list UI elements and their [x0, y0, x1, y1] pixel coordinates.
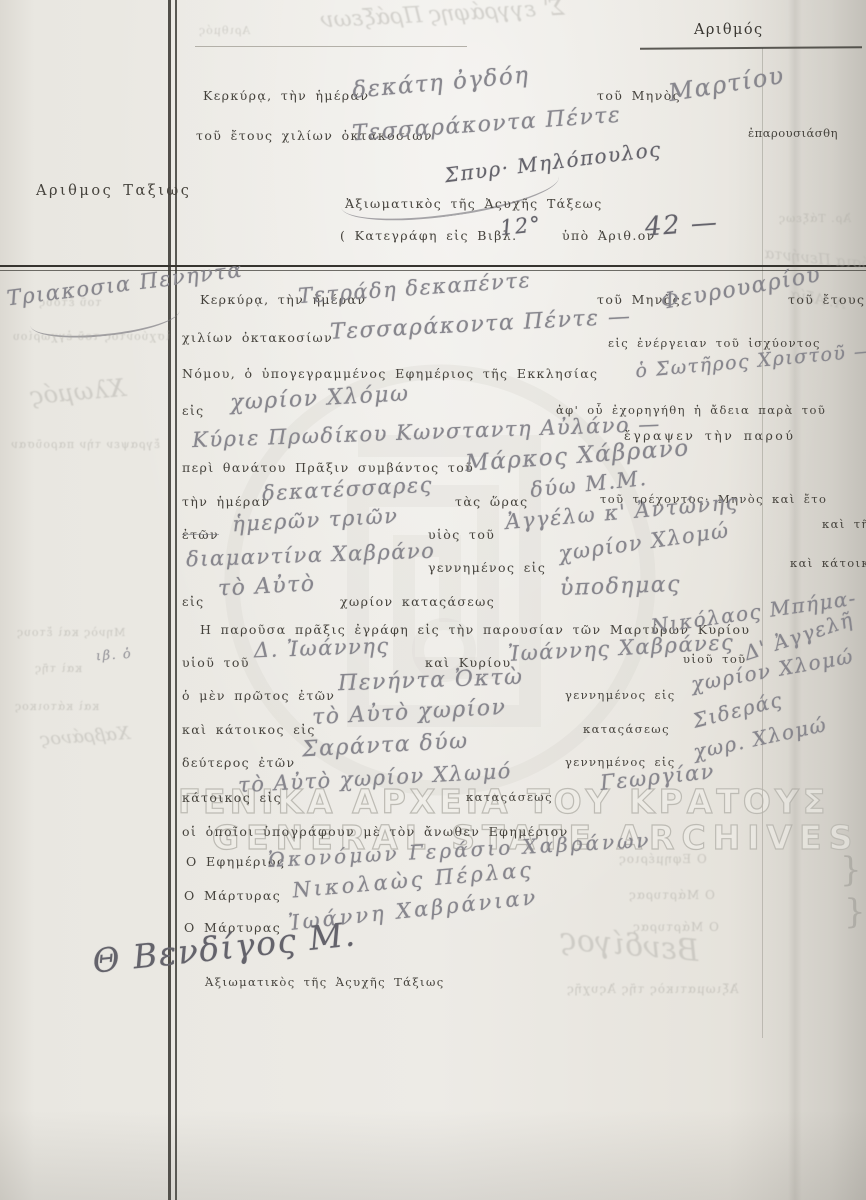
bleed-left-2: ἰσχύοντος τοῦ ἐγχωρίου: [12, 330, 170, 343]
bleed-brace-2: }: [844, 892, 866, 932]
body-year-label: τοῦ ἔτους: [788, 292, 865, 307]
bleed-left-7: καὶ κάτοικος: [14, 700, 99, 713]
header-officer-title: Ἀξιωματικὸς τῆς Ἀςυχῆς Τάξεως: [345, 196, 603, 211]
body-village-status-label: χωρίον καταςάσεως: [340, 594, 495, 609]
body-second-witness-age-label: δεύτερος ἐτῶν: [182, 755, 295, 770]
top-right-number-line: [640, 46, 862, 49]
header-place: Κερκύρᾳ, τὴν ἡμέραν: [203, 88, 369, 103]
header-month-value: Μαρτίου: [667, 61, 787, 107]
body-son-of-label-1: υἱοῦ τοῦ: [182, 655, 250, 670]
document-page: ΓΕΝΙΚΑ ΑΡΧΕΙΑ ΤΟΥ ΚΡΑΤΟΥΣ GENERAL STATE …: [0, 0, 866, 1200]
body-status-label-2: καταςάσεως: [466, 790, 553, 804]
bleed-right-officer-title: Ἀξιωματικὸς τῆς Ἀςυχῆς: [566, 982, 739, 996]
bleed-right-witness1-label: Ο Μάρτυρας: [628, 888, 715, 902]
section-divider-upper: [0, 265, 866, 267]
left-column-rule-inner: [175, 0, 177, 1200]
register-number-label: ὑπὸ Ἀριθ.ον: [562, 228, 656, 243]
left-column-rule-outer: [168, 0, 171, 1200]
body-priest-clause: Νόμου, ὁ ὑπογεγραμμένος Εφημέριος τῆς Εκ…: [182, 366, 598, 381]
body-age-label: ἐτῶν: [182, 527, 219, 542]
body-death-day-label: τὴν ἡμέραν: [182, 494, 270, 509]
bleed-left-5: Μηνὸς καὶ ἔτους: [16, 626, 125, 639]
pencil-note: ιβ. ὁ: [96, 647, 133, 664]
body-day-value: Τετράδη δεκαπέντε: [297, 268, 532, 308]
register-label: ( Κατεγράφη εἰς Βιβλ.: [340, 228, 517, 243]
page-number-label: Αριθμός: [694, 22, 764, 38]
top-left-faint-line: [195, 46, 467, 47]
bleed-right-top-1: Ἀρ. Τάξεως: [778, 212, 851, 225]
witness1-signature-label: Ο Μάρτυρας: [184, 888, 281, 903]
body-born-label-1: γεννημένος εἰς: [428, 560, 546, 575]
body-eis-2: εἰς: [182, 594, 205, 609]
bleed-top-handwriting: Σ' εγγράφης Πράξεων: [320, 0, 566, 33]
bleed-right-priest-label: Ο Εφημέριος: [618, 852, 707, 866]
header-year-value: Τεσσαράκοντα Πέντε: [351, 103, 622, 147]
body-eis-1: εἰς: [182, 403, 205, 418]
bleed-left-4: ἔγραψεν τὴν παροῦσαν: [10, 438, 160, 451]
bleed-left-1: τοῦ ἔτους: [38, 296, 101, 309]
body-same-village-1: τὸ Αὐτὸ: [217, 571, 316, 601]
bleed-left-9: Χαβράνος: [39, 723, 130, 750]
header-day-value: δεκάτη ὀγδόη: [351, 62, 530, 103]
bottom-shading: [0, 1110, 866, 1200]
body-year-value: Τεσσαράκοντα Πέντε —: [330, 304, 632, 345]
order-number-label: Αριθμος Ταξιως: [36, 183, 191, 199]
body-son-of-label: υἱὸς τοῦ: [428, 527, 495, 542]
bleed-left-3: Χλωμός: [29, 374, 126, 410]
bleed-brace-1: }: [840, 850, 862, 890]
bleed-left-6: καὶ τῆς: [34, 662, 82, 675]
body-born-label-2: γεννημένος εἰς: [565, 688, 676, 702]
right-column-rule: [762, 48, 763, 1038]
body-witness1-father: Δ. Ἰωάννης: [254, 634, 390, 663]
body-resident-label-1: καὶ κάτοικο: [790, 556, 866, 570]
body-status-value-0: ὑποδημας: [560, 572, 682, 601]
officer-title-bottom: Ἀξιωματικὸς τῆς Ἀςυχῆς Τάξιως: [205, 975, 445, 989]
presented-label: ἐπαρουσιάσθη: [748, 126, 838, 140]
body-hours-label: τὰς ὥρας: [455, 494, 529, 509]
register-book-value: 12°: [499, 212, 543, 240]
body-and-the-label: καὶ τῆ: [822, 517, 866, 531]
body-first-witness-age-label: ὁ μὲν πρῶτος ἐτῶν: [182, 688, 335, 703]
body-resident-label-2: καὶ κάτοικος εἰς: [182, 722, 316, 737]
register-number-value: 42 —: [644, 207, 719, 242]
body-status-label-1: καταςάσεως: [583, 722, 670, 736]
body-year-prefix: χιλίων ὀκτακοσίων: [182, 330, 333, 345]
bleed-number-label: Αριθμός: [198, 24, 250, 37]
